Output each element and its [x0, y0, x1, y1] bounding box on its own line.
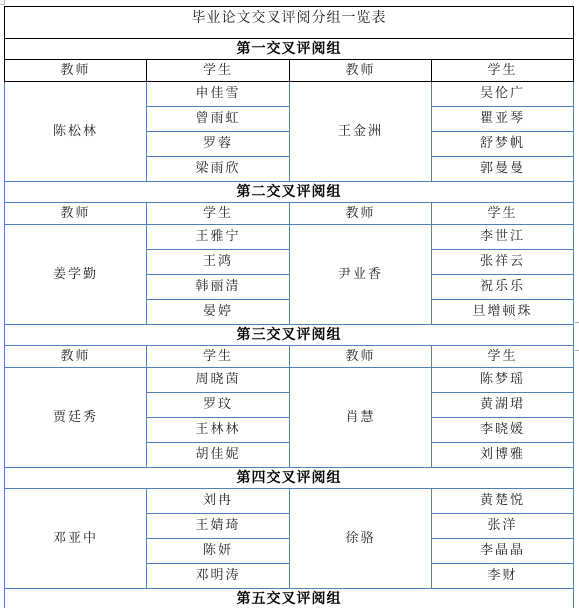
student-cell: 李晶晶	[432, 539, 574, 564]
student-cell: 周晓茵	[147, 368, 290, 393]
student-cell: 王鸿	[147, 250, 290, 275]
student-cell: 郭曼曼	[432, 157, 574, 182]
student-cell: 罗蓉	[147, 132, 290, 157]
student-cell: 祝乐乐	[432, 275, 574, 300]
student-cell: 陈梦瑶	[432, 368, 574, 393]
page-corner-mark	[0, 0, 5, 5]
student-cell: 罗玟	[147, 393, 290, 418]
student-cell: 瞿亚琴	[432, 107, 574, 132]
group-heading: 第二交叉评阅组	[5, 182, 574, 203]
student-cell: 李晓媛	[432, 418, 574, 443]
student-cell: 旦增顿珠	[432, 300, 574, 325]
teacher-cell: 肖慧	[290, 368, 432, 468]
student-cell: 胡佳妮	[147, 443, 290, 468]
column-header-student: 学生	[432, 60, 574, 82]
group-heading: 第一交叉评阅组	[5, 39, 574, 60]
group-heading: 第四交叉评阅组	[5, 468, 574, 489]
column-header-teacher: 教师	[5, 346, 147, 368]
column-header-teacher: 教师	[290, 60, 432, 82]
table-title: 毕业论文交叉评阅分组一览表	[5, 7, 574, 39]
student-cell: 舒梦帆	[432, 132, 574, 157]
column-header-student: 学生	[432, 203, 574, 225]
student-cell: 申佳雪	[147, 82, 290, 107]
student-cell: 刘冉	[147, 489, 290, 514]
column-header-student: 学生	[147, 346, 290, 368]
teacher-cell: 邓亚中	[5, 489, 147, 589]
student-cell: 梁雨欣	[147, 157, 290, 182]
student-cell: 邓明涛	[147, 564, 290, 589]
student-cell: 李财	[432, 564, 574, 589]
student-cell: 曾雨虹	[147, 107, 290, 132]
page-margin-mark	[575, 322, 579, 323]
column-header-teacher: 教师	[5, 60, 147, 82]
group-heading: 第五交叉评阅组	[5, 589, 574, 608]
student-cell: 黄湖珺	[432, 393, 574, 418]
student-cell: 王婧琦	[147, 514, 290, 539]
column-header-teacher: 教师	[290, 346, 432, 368]
student-cell: 王雅宁	[147, 225, 290, 250]
student-cell: 李世江	[432, 225, 574, 250]
student-cell: 王林林	[147, 418, 290, 443]
review-group-table: 毕业论文交叉评阅分组一览表 第一交叉评阅组 教师 学生 教师 学生 陈松林 申佳…	[4, 6, 574, 608]
column-header-teacher: 教师	[290, 203, 432, 225]
teacher-cell: 姜学勤	[5, 225, 147, 325]
student-cell: 吴伦广	[432, 82, 574, 107]
teacher-cell: 王金洲	[290, 82, 432, 182]
column-header-teacher: 教师	[5, 203, 147, 225]
group-heading: 第三交叉评阅组	[5, 325, 574, 346]
page-margin-mark	[575, 350, 579, 351]
student-cell: 晏婷	[147, 300, 290, 325]
teacher-cell: 尹业香	[290, 225, 432, 325]
teacher-cell: 贾廷秀	[5, 368, 147, 468]
teacher-cell: 陈松林	[5, 82, 147, 182]
student-cell: 张祥云	[432, 250, 574, 275]
student-cell: 刘博雅	[432, 443, 574, 468]
column-header-student: 学生	[432, 346, 574, 368]
column-header-student: 学生	[147, 60, 290, 82]
student-cell: 黄楚悦	[432, 489, 574, 514]
student-cell: 陈妍	[147, 539, 290, 564]
teacher-cell: 徐骆	[290, 489, 432, 589]
column-header-student: 学生	[147, 203, 290, 225]
student-cell: 张洋	[432, 514, 574, 539]
student-cell: 韩丽清	[147, 275, 290, 300]
